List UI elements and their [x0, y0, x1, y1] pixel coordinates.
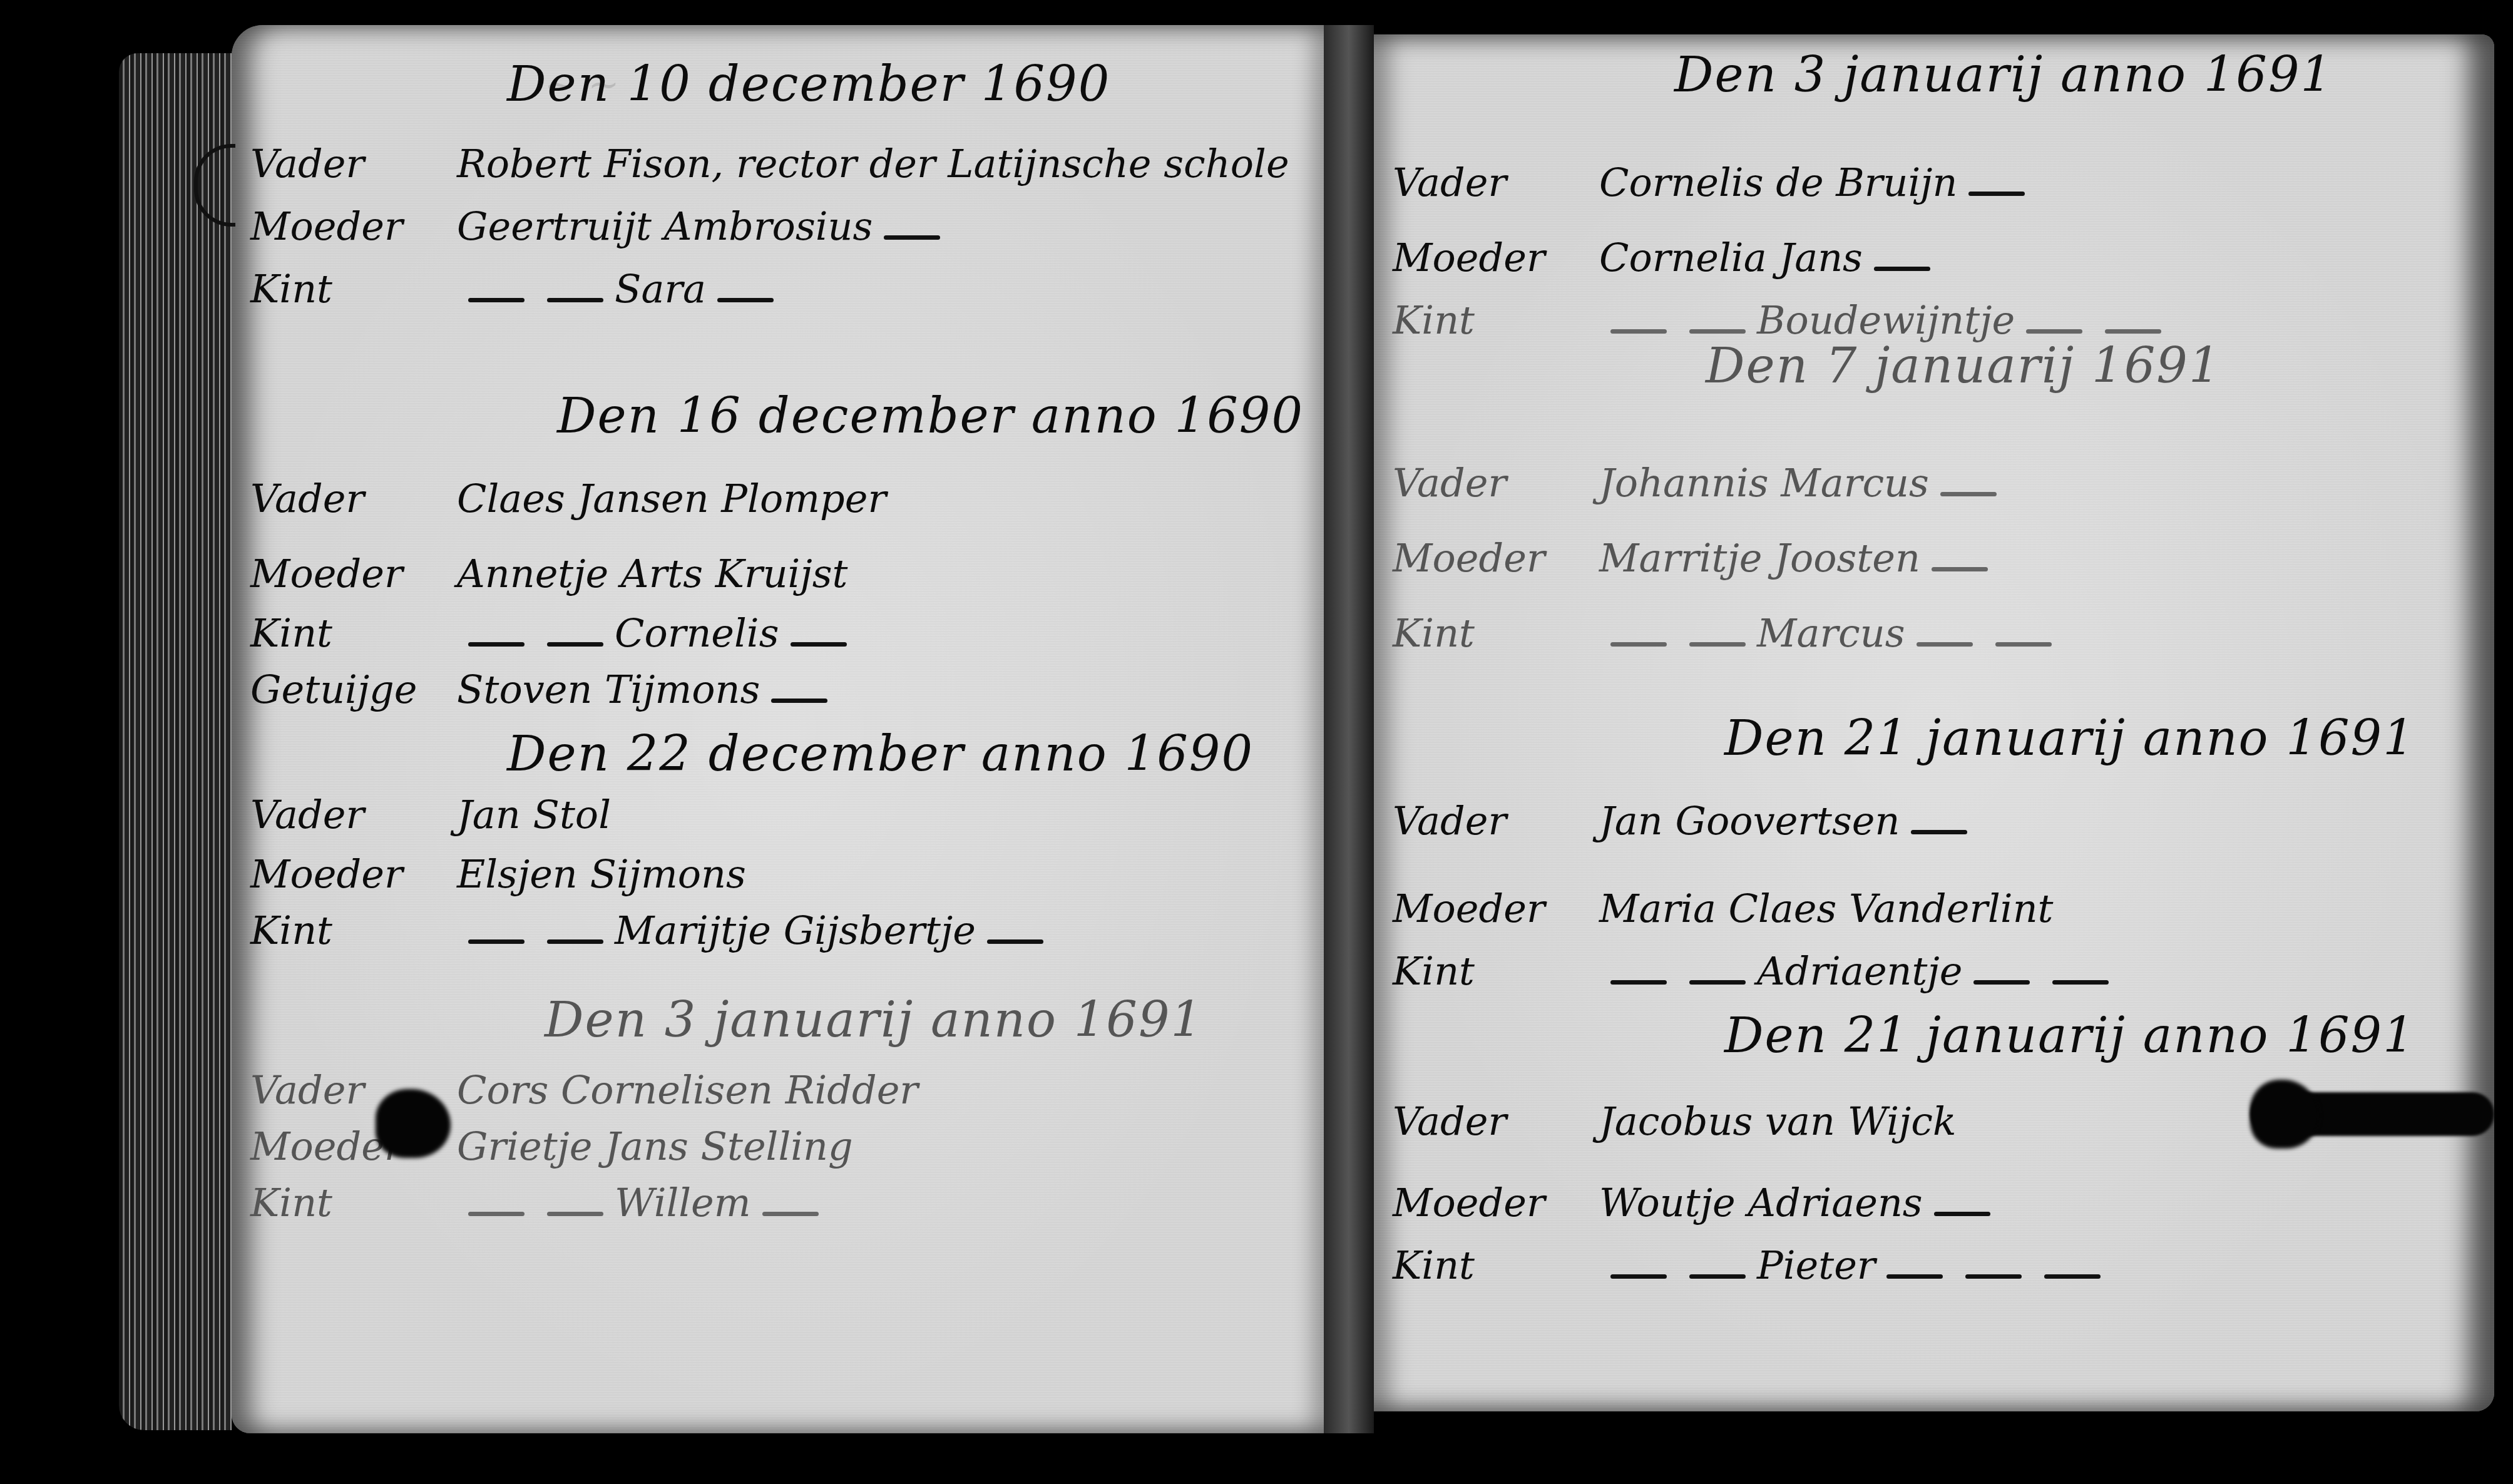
child-row: Kint Pieter	[1393, 1242, 2112, 1305]
mother-name: Cornelia Jans	[1599, 235, 1863, 280]
dash-separator	[771, 699, 827, 703]
entry-date: Den 21 januarij anno 1691	[1724, 1008, 2415, 1064]
mother-row: Moeder Grietje Jans Stelling	[250, 1123, 853, 1186]
entry-date: Den 7 januarij 1691	[1706, 338, 2221, 394]
dash-separator	[2044, 1274, 2101, 1279]
mother-name: Geertruijt Ambrosius	[457, 203, 873, 249]
father-name: Robert Fison, rector der Latijnsche scho…	[457, 141, 1289, 187]
dash-separator	[1610, 642, 1667, 647]
child-label: Kint	[1393, 297, 1599, 343]
child-name: Sara	[615, 266, 706, 312]
ink-blot	[376, 1089, 451, 1158]
child-name: Marijtje Gijsbertje	[615, 908, 976, 953]
mother-row: Moeder Annetje Arts Kruijst	[250, 551, 847, 613]
mother-name: Woutje Adriaens	[1599, 1180, 1923, 1226]
dash-separator	[1932, 567, 1988, 571]
dash-separator	[547, 939, 603, 944]
child-label: Kint	[1393, 948, 1599, 994]
child-label: Kint	[250, 610, 457, 656]
mother-label: Moeder	[250, 851, 457, 897]
mother-name: Annetje Arts Kruijst	[457, 551, 847, 596]
dash-separator	[1968, 192, 2025, 196]
child-label: Kint	[250, 1180, 457, 1226]
father-row: Vader Claes Jansen Plomper	[250, 476, 886, 538]
father-name: Claes Jansen Plomper	[457, 476, 886, 521]
entry-date: Den 21 januarij anno 1691	[1724, 710, 2415, 767]
mother-label: Moeder	[250, 203, 457, 249]
right-page: Den 3 januarij anno 1691 Vader Cornelis …	[1374, 34, 2494, 1411]
page-edges	[119, 53, 232, 1430]
dash-separator	[1940, 492, 1997, 496]
dash-separator	[1995, 642, 2052, 647]
father-name: Cors Cornelisen Ridder	[457, 1067, 918, 1113]
dash-separator	[1934, 1212, 1990, 1216]
child-label: Kint	[1393, 610, 1599, 656]
father-name: Cornelis de Bruijn	[1599, 160, 1957, 205]
dash-separator	[468, 1212, 525, 1216]
left-page: ~ ~ Den 10 december 1690 Vader Robert Fi…	[232, 25, 1324, 1433]
mother-row: Moeder Geertruijt Ambrosius	[250, 203, 951, 266]
dash-separator	[1689, 329, 1746, 334]
mother-label: Moeder	[1393, 886, 1599, 931]
dash-separator	[717, 298, 774, 302]
mother-label: Moeder	[1393, 235, 1599, 280]
mother-row: Moeder Cornelia Jans	[1393, 235, 1942, 297]
dash-separator	[1689, 1274, 1746, 1279]
book-gutter	[1324, 25, 1374, 1433]
dash-separator	[762, 1212, 819, 1216]
father-label: Vader	[1393, 798, 1599, 844]
mother-name: Grietje Jans Stelling	[457, 1123, 853, 1169]
mother-label: Moeder	[250, 551, 457, 596]
mother-label: Moeder	[1393, 1180, 1599, 1226]
dash-separator	[2026, 329, 2082, 334]
mother-name: Maria Claes Vanderlint	[1599, 886, 2054, 931]
child-label: Kint	[250, 908, 457, 953]
dash-separator	[884, 235, 940, 240]
dash-separator	[468, 298, 525, 302]
dash-separator	[468, 642, 525, 647]
child-row: Kint Sara	[250, 266, 785, 329]
father-label: Vader	[1393, 1098, 1599, 1144]
child-row: Kint Marijtje Gijsbertje	[250, 908, 1055, 970]
father-row: Vader Jan Stol	[250, 792, 611, 854]
child-name: Pieter	[1757, 1242, 1875, 1288]
dash-separator	[547, 1212, 603, 1216]
entry-date: Den 22 december anno 1690	[507, 726, 1254, 782]
mother-row: Moeder Maria Claes Vanderlint	[1393, 886, 2054, 948]
father-row: Vader Jacobus van Wijck	[1393, 1098, 1957, 1161]
book-spread: ~ ~ Den 10 december 1690 Vader Robert Fi…	[0, 0, 2513, 1484]
child-row: Kint Adriaentje	[1393, 948, 2120, 1011]
father-label: Vader	[250, 476, 457, 521]
entry-date: Den 10 december 1690	[507, 56, 1110, 113]
witness-label: Getuijge	[250, 667, 457, 712]
dash-separator	[468, 939, 525, 944]
father-name: Jan Stol	[457, 792, 611, 837]
dash-separator	[1886, 1274, 1943, 1279]
dash-separator	[1917, 642, 1973, 647]
dash-separator	[1874, 267, 1930, 271]
child-name: Marcus	[1757, 610, 1905, 656]
dash-separator	[1973, 980, 2030, 985]
father-row: Vader Johannis Marcus	[1393, 460, 2008, 523]
father-name: Johannis Marcus	[1599, 460, 1929, 506]
witness-name: Stoven Tijmons	[457, 667, 760, 712]
dash-separator	[547, 642, 603, 647]
father-row: Vader Cornelis de Bruijn	[1393, 160, 2036, 222]
entry-date: Den 3 januarij anno 1691	[545, 992, 1203, 1048]
dash-separator	[791, 642, 847, 647]
child-row: Kint Cornelis	[250, 610, 858, 673]
mother-name: Elsjen Sijmons	[457, 851, 746, 897]
father-label: Vader	[250, 792, 457, 837]
child-name: Willem	[615, 1180, 751, 1226]
dash-separator	[1610, 329, 1667, 334]
dash-separator	[1689, 642, 1746, 647]
mother-name: Marritje Joosten	[1599, 535, 1920, 581]
dash-separator	[1965, 1274, 2022, 1279]
child-row: Kint Marcus	[1393, 610, 2063, 673]
father-label: Vader	[250, 141, 457, 187]
father-name: Jacobus van Wijck	[1599, 1098, 1957, 1144]
dash-separator	[2052, 980, 2109, 985]
child-name: Boudewijntje	[1757, 297, 2015, 343]
dash-separator	[1610, 1274, 1667, 1279]
father-row: Vader Jan Goovertsen	[1393, 798, 1978, 861]
child-label: Kint	[1393, 1242, 1599, 1288]
entry-date: Den 16 december anno 1690	[557, 388, 1304, 444]
child-name: Adriaentje	[1757, 948, 1962, 994]
dash-separator	[547, 298, 603, 302]
dash-separator	[2105, 329, 2161, 334]
mother-label: Moeder	[1393, 535, 1599, 581]
child-row: Kint Willem	[250, 1180, 830, 1242]
mother-row: Moeder Woutje Adriaens	[1393, 1180, 2002, 1242]
father-name: Jan Goovertsen	[1599, 798, 1900, 844]
entry-date: Den 3 januarij anno 1691	[1674, 47, 2333, 103]
ink-blot	[2250, 1080, 2319, 1149]
father-row: Vader Cors Cornelisen Ridder	[250, 1067, 918, 1130]
dash-separator	[1610, 980, 1667, 985]
witness-row: Getuijge Stoven Tijmons	[250, 667, 839, 729]
mother-row: Moeder Elsjen Sijmons	[250, 851, 746, 914]
dash-separator	[1689, 980, 1746, 985]
child-label: Kint	[250, 266, 457, 312]
dash-separator	[987, 939, 1043, 944]
father-label: Vader	[1393, 460, 1599, 506]
father-row: Vader Robert Fison, rector der Latijnsch…	[250, 141, 1289, 203]
mother-row: Moeder Marritje Joosten	[1393, 535, 1999, 598]
dash-separator	[1911, 830, 1967, 834]
child-name: Cornelis	[615, 610, 779, 656]
father-label: Vader	[1393, 160, 1599, 205]
